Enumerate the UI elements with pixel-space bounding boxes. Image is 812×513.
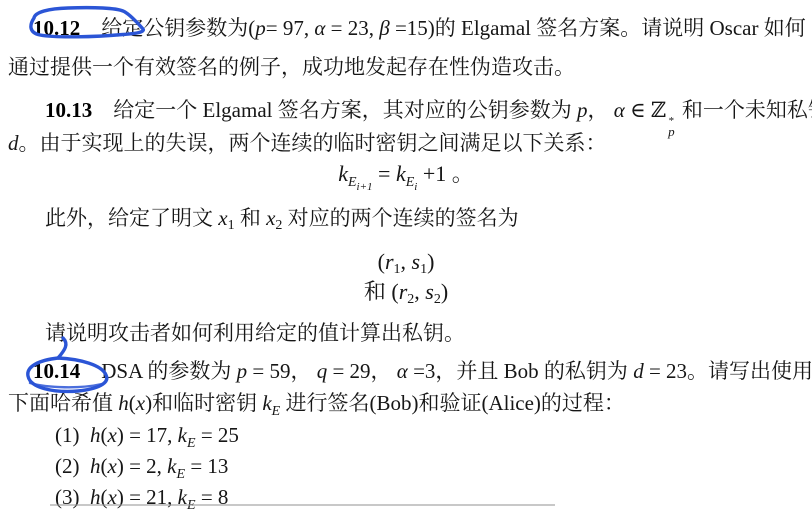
text-segment: α: [614, 98, 625, 122]
text-segment: DSA 的参数为: [80, 359, 236, 383]
problem-10-12-line-2: 通过提供一个有效签名的例子，成功地发起存在性伪造攻击。: [8, 53, 575, 81]
text-segment: +1 。: [417, 161, 473, 186]
text-segment: h: [118, 391, 129, 415]
formula-ephemeral-key-relation: kEi+1 = kEi +1 。: [0, 160, 812, 201]
text-segment: = 23。请写出使用: [644, 359, 812, 383]
text-segment: α: [397, 359, 408, 383]
text-segment: = 23,: [325, 16, 379, 40]
text-segment: (: [101, 423, 108, 447]
text-segment: 此外，给定了明文: [45, 206, 218, 230]
text-segment: d: [633, 359, 644, 383]
text-segment: (: [129, 391, 136, 415]
text-segment: k: [167, 454, 176, 478]
problem-10-13-line-2: d。由于实现上的失误，两个连续的临时密钥之间满足以下关系：: [8, 129, 607, 157]
text-segment: r: [399, 279, 408, 304]
text-segment: d: [8, 131, 19, 155]
text-segment: 1: [394, 262, 401, 277]
formula-signature-pair-2: 和 (r2, s2): [0, 278, 812, 314]
text-segment: k: [338, 161, 348, 186]
list-item-3: (3) h(x) = 21, kE = 8: [55, 483, 228, 513]
text-segment: ,: [401, 249, 412, 274]
text-segment: *p: [668, 117, 675, 137]
text-segment: )和临时密钥: [145, 391, 262, 415]
text-segment: h: [90, 423, 101, 447]
text-segment: 10.14: [33, 359, 80, 383]
text-segment: 和 (: [364, 279, 399, 304]
text-segment: 1: [420, 262, 427, 277]
text-segment: x: [108, 423, 117, 447]
text-segment: ，: [587, 98, 613, 122]
text-segment: 和一个未知私钥: [677, 98, 812, 122]
text-segment: E: [348, 175, 357, 190]
text-segment: = 29，: [327, 359, 397, 383]
text-segment: 下面哈希值: [8, 391, 118, 415]
text-segment: 10.13: [45, 98, 92, 122]
text-segment: ∈: [625, 98, 651, 122]
text-segment: 10.12: [33, 16, 80, 40]
text-segment: ) = 2,: [117, 454, 167, 478]
text-segment: ,: [414, 279, 425, 304]
text-segment: ): [441, 279, 448, 304]
text-segment: 给定一个 Elgamal 签名方案，其对应的公钥参数为: [92, 98, 577, 122]
text-segment: p: [255, 16, 266, 40]
text-segment: s: [412, 249, 421, 274]
text-segment: = 97,: [266, 16, 315, 40]
text-segment: ): [427, 249, 434, 274]
text-segment: E: [272, 404, 281, 419]
problem-10-14-line-1: 10.14 DSA 的参数为 p = 59， q = 29， α =3，并且 B…: [33, 357, 812, 385]
text-segment: 请说明攻击者如何利用给定的值计算出私钥。: [45, 321, 465, 345]
text-segment: s: [425, 279, 434, 304]
problem-10-12-line-1: 10.12 给定公钥参数为(p= 97, α = 23, β =15)的 Elg…: [33, 14, 806, 42]
text-segment: (2): [55, 454, 90, 478]
text-segment: =15)的 Elgamal 签名方案。请说明 Oscar 如何: [390, 16, 806, 40]
problem-10-13-line-3: 此外，给定了明文 x1 和 x2 对应的两个连续的签名为: [45, 204, 519, 240]
text-segment: α: [314, 16, 325, 40]
text-segment: E: [177, 467, 186, 482]
text-segment: 进行签名(Bob)和验证(Alice)的过程：: [280, 391, 625, 415]
text-segment: E: [406, 175, 415, 190]
text-segment: (: [101, 454, 108, 478]
text-segment: =3，并且 Bob 的私钥为: [408, 359, 633, 383]
text-segment: r: [385, 249, 394, 274]
text-segment: (1): [55, 423, 90, 447]
text-segment: 通过提供一个有效签名的例子，成功地发起存在性伪造攻击。: [8, 55, 575, 79]
text-segment: 。由于实现上的失误，两个连续的临时密钥之间满足以下关系：: [19, 131, 607, 155]
text-segment: h: [90, 454, 101, 478]
document-page: 10.12 给定公钥参数为(p= 97, α = 23, β =15)的 Elg…: [0, 0, 812, 513]
text-segment: x: [136, 391, 145, 415]
text-segment: = 25: [196, 423, 239, 447]
text-segment: ) = 17,: [117, 423, 178, 447]
text-segment: 对应的两个连续的签名为: [282, 206, 518, 230]
problem-10-13-line-4: 请说明攻击者如何利用给定的值计算出私钥。: [45, 319, 465, 347]
text-segment: β: [379, 16, 389, 40]
text-segment: q: [317, 359, 328, 383]
text-segment: =: [373, 161, 396, 186]
text-segment: 2: [434, 292, 441, 307]
text-segment: 给定公钥参数为(: [80, 16, 255, 40]
text-segment: x: [108, 454, 117, 478]
text-segment: = 59，: [247, 359, 317, 383]
text-segment: (: [378, 249, 385, 274]
text-segment: E: [187, 436, 196, 451]
text-segment: k: [262, 391, 271, 415]
text-segment: i+1: [357, 181, 373, 193]
text-segment: k: [396, 161, 406, 186]
text-segment: ℤ: [651, 98, 666, 122]
text-segment: 和: [235, 206, 267, 230]
text-segment: x: [218, 206, 227, 230]
text-segment: p: [237, 359, 248, 383]
page-bottom-rule: [50, 504, 555, 506]
text-segment: 1: [228, 218, 235, 233]
text-segment: p: [577, 98, 588, 122]
text-segment: x: [266, 206, 275, 230]
text-segment: = 13: [185, 454, 228, 478]
text-segment: k: [178, 423, 187, 447]
